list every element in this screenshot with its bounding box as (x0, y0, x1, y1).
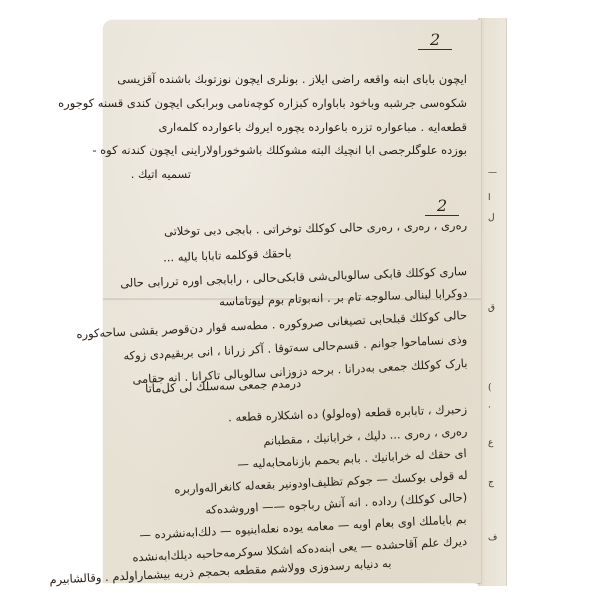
handwritten-line: دوكرابا لبنالی سالوجه تام بر . انه‌بوتام… (218, 286, 467, 309)
handwritten-line: ايچون بابای ابنه واقعه راضی ايلاز . بونل… (117, 72, 467, 86)
margin-mark: · (488, 403, 491, 413)
handwritten-line: به دنيابه رسدوزی وولاشم مقطعه بحمجم ذربه… (49, 556, 392, 587)
handwritten-line: ره‌ری ، ره‌ری ، ره‌ری حالی كوكلك توخراتی… (164, 218, 467, 238)
handwritten-line: (حالی كوكلك) رداده . انه آنش رباجوه —— ا… (205, 490, 467, 517)
margin-mark: — (488, 168, 497, 178)
handwritten-line: بوزده علوگلرجصی ابا انچيك البته مشوكلك ب… (92, 143, 467, 157)
handwritten-line: شكوه‌سی جرشبه وباخود باباواره كبزاره كوچ… (58, 96, 467, 110)
handwritten-line: باحقك قوكلمه تابابا باليه ... (162, 246, 291, 264)
handwritten-line: ای حقك له خرابانيك . بابم بحمم بازنامحاب… (237, 446, 467, 471)
manuscript-page: 2 ايچون بابای ابنه واقعه راضی ايلاز . بو… (103, 20, 481, 583)
page-number-middle: 2 (425, 198, 459, 216)
margin-mark: ع (488, 438, 493, 448)
margin-mark: ا (488, 193, 491, 203)
handwritten-line: قطعه‌ايه . مباعواره تزره باعوارده يچوره … (158, 120, 467, 134)
handwritten-line: زحبرك ، تابابره قطعه (وه‌لولو) ده اشكلار… (228, 402, 467, 424)
margin-mark: ( (488, 383, 492, 393)
margin-mark: ف (488, 533, 497, 543)
margin-mark: ج (488, 478, 494, 488)
handwritten-line: ساری كوكلك قابكی سالوبالی‌شی قابكی‌حالی … (120, 264, 467, 290)
margin-mark: ل (488, 213, 495, 223)
document-stage: — ا ل ق ( · ع ج ف 2 ايچون بابای ابنه واق… (0, 0, 600, 600)
page-number-top: 2 (418, 32, 452, 50)
back-sheet-edge: — ا ل ق ( · ع ج ف (478, 18, 507, 586)
handwritten-line: ره‌ری ، ره‌ری ... دليك ، خرابانيك ، مقطب… (263, 424, 468, 448)
margin-mark: ق (488, 303, 495, 313)
handwritten-line: تسميه اتيك . (131, 167, 191, 181)
